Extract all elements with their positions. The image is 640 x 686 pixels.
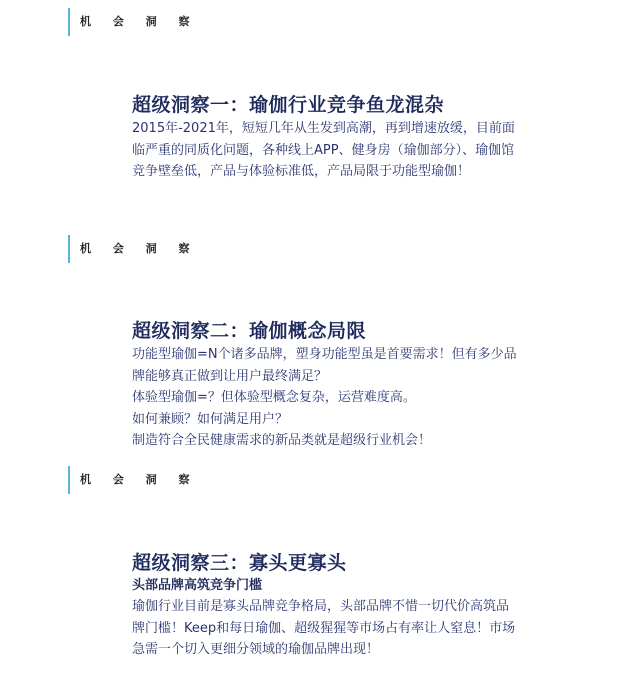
insight-body-line: 临严重的同质化问题，各种线上APP、健身房（瑜伽部分）、瑜伽馆 <box>132 140 552 162</box>
insight-body-line: 竞争壁垒低，产品与体验标准低，产品局限于功能型瑜伽！ <box>132 161 552 183</box>
insight-body-line: 急需一个切入更细分领域的瑜伽品牌出现！ <box>132 639 552 661</box>
insight-section-2: 超级洞察二：瑜伽概念局限 功能型瑜伽=N个诸多品牌，塑身功能型虽是首要需求！但有… <box>132 318 552 452</box>
insight-subtitle-3: 头部品牌高筑竞争门槛 <box>132 576 552 596</box>
insight-title-3: 超级洞察三：寡头更寡头 <box>132 550 552 576</box>
insight-section-3: 超级洞察三：寡头更寡头 头部品牌高筑竞争门槛 瑜伽行业目前是寡头品牌竞争格局，头… <box>132 550 552 661</box>
insight-body-line: 瑜伽行业目前是寡头品牌竞争格局，头部品牌不惜一切代价高筑品 <box>132 596 552 618</box>
insight-title-2: 超级洞察二：瑜伽概念局限 <box>132 318 552 344</box>
insight-section-1: 超级洞察一：瑜伽行业竞争鱼龙混杂 2015年-2021年，短短几年从生发到高潮，… <box>132 92 552 183</box>
insight-body-line: 牌门槛！Keep和每日瑜伽、超级猩猩等市场占有率让人窒息！市场 <box>132 618 552 640</box>
insight-body-line: 牌能够真正做到让用户最终满足？ <box>132 366 552 388</box>
section-label-2: 机 会 洞 察 <box>68 235 199 263</box>
section-label-1: 机 会 洞 察 <box>68 8 199 36</box>
insight-body-line: 如何兼顾？如何满足用户？ <box>132 409 552 431</box>
section-label-3: 机 会 洞 察 <box>68 466 199 494</box>
insight-body-line: 制造符合全民健康需求的新品类就是超级行业机会！ <box>132 430 552 452</box>
insight-body-line: 体验型瑜伽=？但体验型概念复杂，运营难度高。 <box>132 387 552 409</box>
insight-title-1: 超级洞察一：瑜伽行业竞争鱼龙混杂 <box>132 92 552 118</box>
insight-body-line: 2015年-2021年，短短几年从生发到高潮，再到增速放缓，目前面 <box>132 118 552 140</box>
insight-body-line: 功能型瑜伽=N个诸多品牌，塑身功能型虽是首要需求！但有多少品 <box>132 344 552 366</box>
